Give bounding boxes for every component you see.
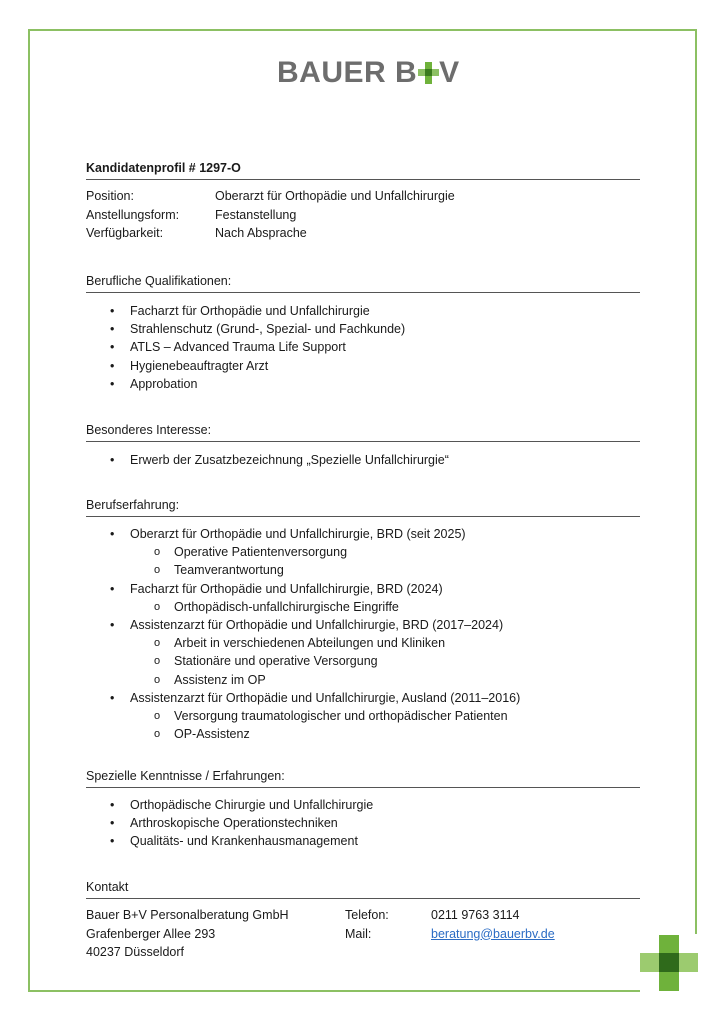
sub-list-item: oOrthopädisch-unfallchirurgische Eingrif… [86, 598, 640, 616]
sub-list-item: oStationäre und operative Versorgung [86, 652, 640, 670]
frame-border-bottom [28, 990, 640, 992]
contact-street: Grafenberger Allee 293 [86, 925, 215, 944]
sub-list-item: oArbeit in verschiedenen Abteilungen und… [86, 634, 640, 652]
field-label: Anstellungsform: [86, 206, 179, 225]
phone-label: Telefon: [345, 906, 389, 925]
contact-title: Kontakt [86, 879, 640, 899]
frame-border-left [28, 29, 30, 992]
field-value: Oberarzt für Orthopädie und Unfallchirur… [215, 187, 455, 206]
contact-block: Bauer B+V Personalberatung GmbH Telefon:… [86, 906, 640, 962]
field-label: Verfügbarkeit: [86, 224, 163, 243]
list-item: •ATLS – Advanced Trauma Life Support [86, 338, 640, 356]
sub-list-item: oOP-Assistenz [86, 725, 640, 743]
sub-list-item: oAssistenz im OP [86, 671, 640, 689]
brand-plus-icon [418, 62, 438, 84]
list-item: •Qualitäts- und Krankenhausmanagement [86, 832, 640, 850]
interest-title: Besonderes Interesse: [86, 422, 640, 442]
sub-list-item: oVersorgung traumatologischer und orthop… [86, 707, 640, 725]
brand-logo: BAUER BV [277, 55, 460, 91]
sub-list-item: oTeamverantwortung [86, 561, 640, 579]
field-value: Nach Absprache [215, 224, 307, 243]
list-item: •Facharzt für Orthopädie und Unfallchiru… [86, 302, 640, 320]
phone-number: 0211 9763 3114 [431, 906, 520, 925]
list-item: •Assistenzarzt für Orthopädie und Unfall… [86, 689, 640, 707]
experience-title: Berufserfahrung: [86, 497, 640, 517]
list-item: •Orthopädische Chirurgie und Unfallchiru… [86, 796, 640, 814]
list-item: •Arthroskopische Operationstechniken [86, 814, 640, 832]
list-item: •Strahlenschutz (Grund-, Spezial- und Fa… [86, 320, 640, 338]
list-item: •Assistenzarzt für Orthopädie und Unfall… [86, 616, 640, 634]
qualifications-title: Berufliche Qualifikationen: [86, 273, 640, 293]
profile-title: Kandidatenprofil # 1297-O [86, 160, 640, 180]
list-item: •Oberarzt für Orthopädie und Unfallchiru… [86, 525, 640, 543]
green-cross-logo-icon [640, 935, 698, 991]
frame-border-top [28, 29, 697, 31]
list-item: •Approbation [86, 375, 640, 393]
sub-list-item: oOperative Patientenversorgung [86, 543, 640, 561]
frame-border-right [695, 29, 697, 934]
list-item: •Facharzt für Orthopädie und Unfallchiru… [86, 580, 640, 598]
contact-company: Bauer B+V Personalberatung GmbH [86, 906, 289, 925]
brand-name-right: V [439, 56, 460, 89]
list-item: •Hygienebeauftragter Arzt [86, 357, 640, 375]
experience-list: •Oberarzt für Orthopädie und Unfallchiru… [86, 525, 640, 743]
contact-city: 40237 Düsseldorf [86, 943, 184, 962]
skills-title: Spezielle Kenntnisse / Erfahrungen: [86, 768, 640, 788]
brand-name-left: BAUER B [277, 56, 417, 89]
field-value: Festanstellung [215, 206, 296, 225]
qualifications-list: •Facharzt für Orthopädie und Unfallchiru… [86, 302, 640, 393]
list-item: •Erwerb der Zusatzbezeichnung „Spezielle… [86, 451, 640, 469]
interest-list: •Erwerb der Zusatzbezeichnung „Spezielle… [86, 451, 640, 469]
mail-label: Mail: [345, 925, 371, 944]
mail-link[interactable]: beratung@bauerbv.de [431, 925, 555, 944]
skills-list: •Orthopädische Chirurgie und Unfallchiru… [86, 796, 640, 851]
field-label: Position: [86, 187, 134, 206]
